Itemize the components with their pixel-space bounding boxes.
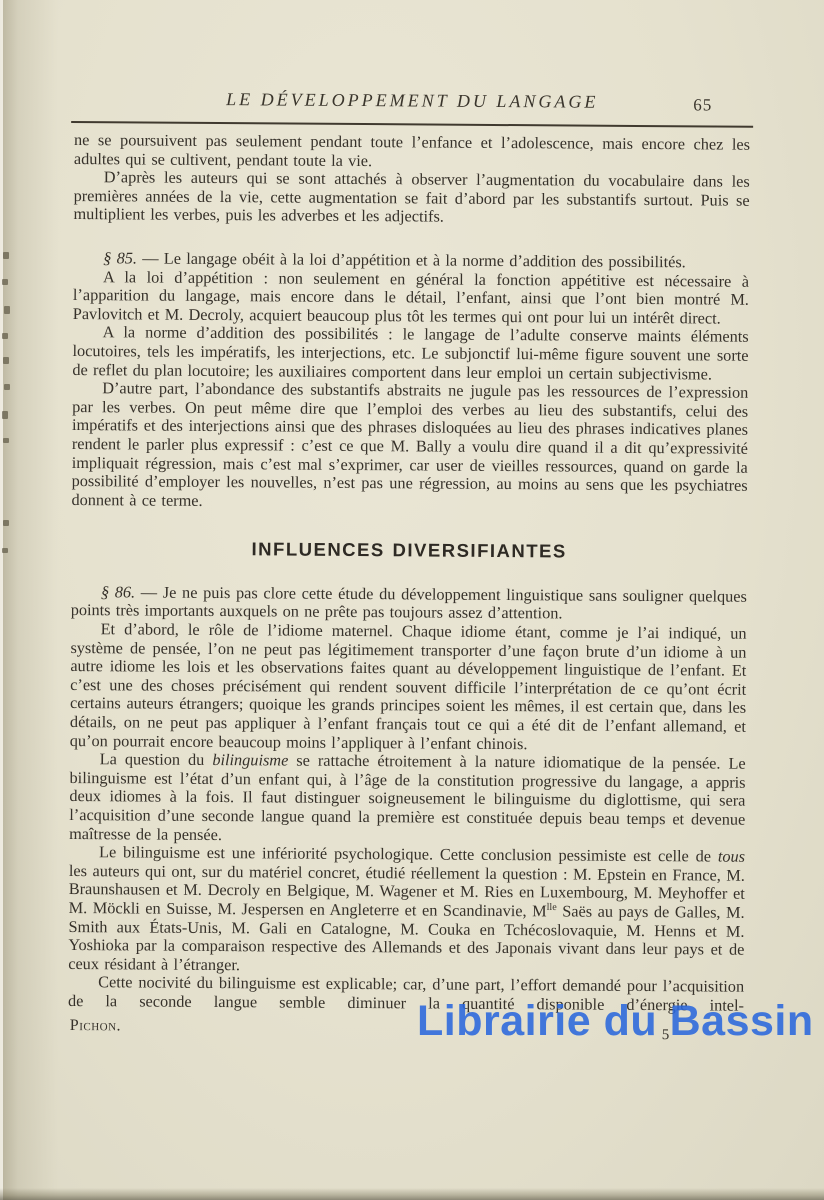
spine-mark: [2, 411, 8, 419]
spine-mark: [3, 357, 9, 364]
book-page-scan: LE DÉVELOPPEMENT DU LANGAGE 65 ne se pou…: [0, 0, 824, 1200]
section-85-label: § 85.: [103, 248, 137, 267]
section-86-text: — Je ne puis pas clore cette étude du dé…: [71, 582, 747, 623]
bookseller-watermark: Librairie du Bassin: [417, 997, 814, 1046]
spine-mark: [4, 306, 10, 314]
superscript: lle: [547, 902, 557, 913]
section-86-label: § 86.: [101, 582, 135, 601]
spine-mark: [3, 520, 9, 526]
running-head-title: LE DÉVELOPPEMENT DU LANGAGE: [74, 88, 750, 114]
author-signature: Pichon.: [70, 1017, 121, 1036]
paragraph: La question du bilinguisme se rattache é…: [69, 750, 746, 848]
paragraph: A la norme d’addition des possibilités :…: [72, 323, 748, 383]
spine-mark: [3, 438, 9, 443]
spine-edge-highlight: [0, 0, 3, 1200]
paragraph: A la loi d’appétition : non seulement en…: [73, 268, 749, 328]
italic-term: bilinguisme: [212, 750, 288, 770]
spine-mark: [2, 548, 8, 553]
section-86: § 86. — Je ne puis pas clore cette étude…: [71, 583, 747, 625]
page-content: LE DÉVELOPPEMENT DU LANGAGE 65 ne se pou…: [0, 0, 824, 5]
running-head: LE DÉVELOPPEMENT DU LANGAGE 65: [74, 88, 750, 117]
spine-mark: [2, 279, 8, 285]
header-rule: [71, 121, 753, 128]
page-number: 65: [693, 95, 712, 115]
text-column: ne se poursuivent pas seulement pendant …: [68, 131, 750, 1043]
paragraph-text: La question du: [100, 749, 213, 769]
spine-mark: [2, 333, 8, 339]
section-heading: INFLUENCES DIVERSIFIANTES: [71, 539, 747, 562]
spine-mark: [4, 384, 10, 390]
spine-mark: [3, 252, 9, 259]
paragraph: D’autre part, l’abondance des substantif…: [71, 379, 748, 514]
italic-term: tous: [718, 847, 745, 866]
page-bottom-edge: [0, 1188, 824, 1200]
paragraph: Et d’abord, le rôle de l’idiome maternel…: [70, 620, 747, 755]
paragraph: D’après les auteurs qui se sont attachés…: [73, 168, 749, 228]
paragraph: Le bilinguisme est une infériorité psych…: [68, 843, 745, 978]
spine-shadow: [0, 0, 58, 1200]
paragraph-continuation: ne se poursuivent pas seulement pendant …: [74, 131, 750, 173]
